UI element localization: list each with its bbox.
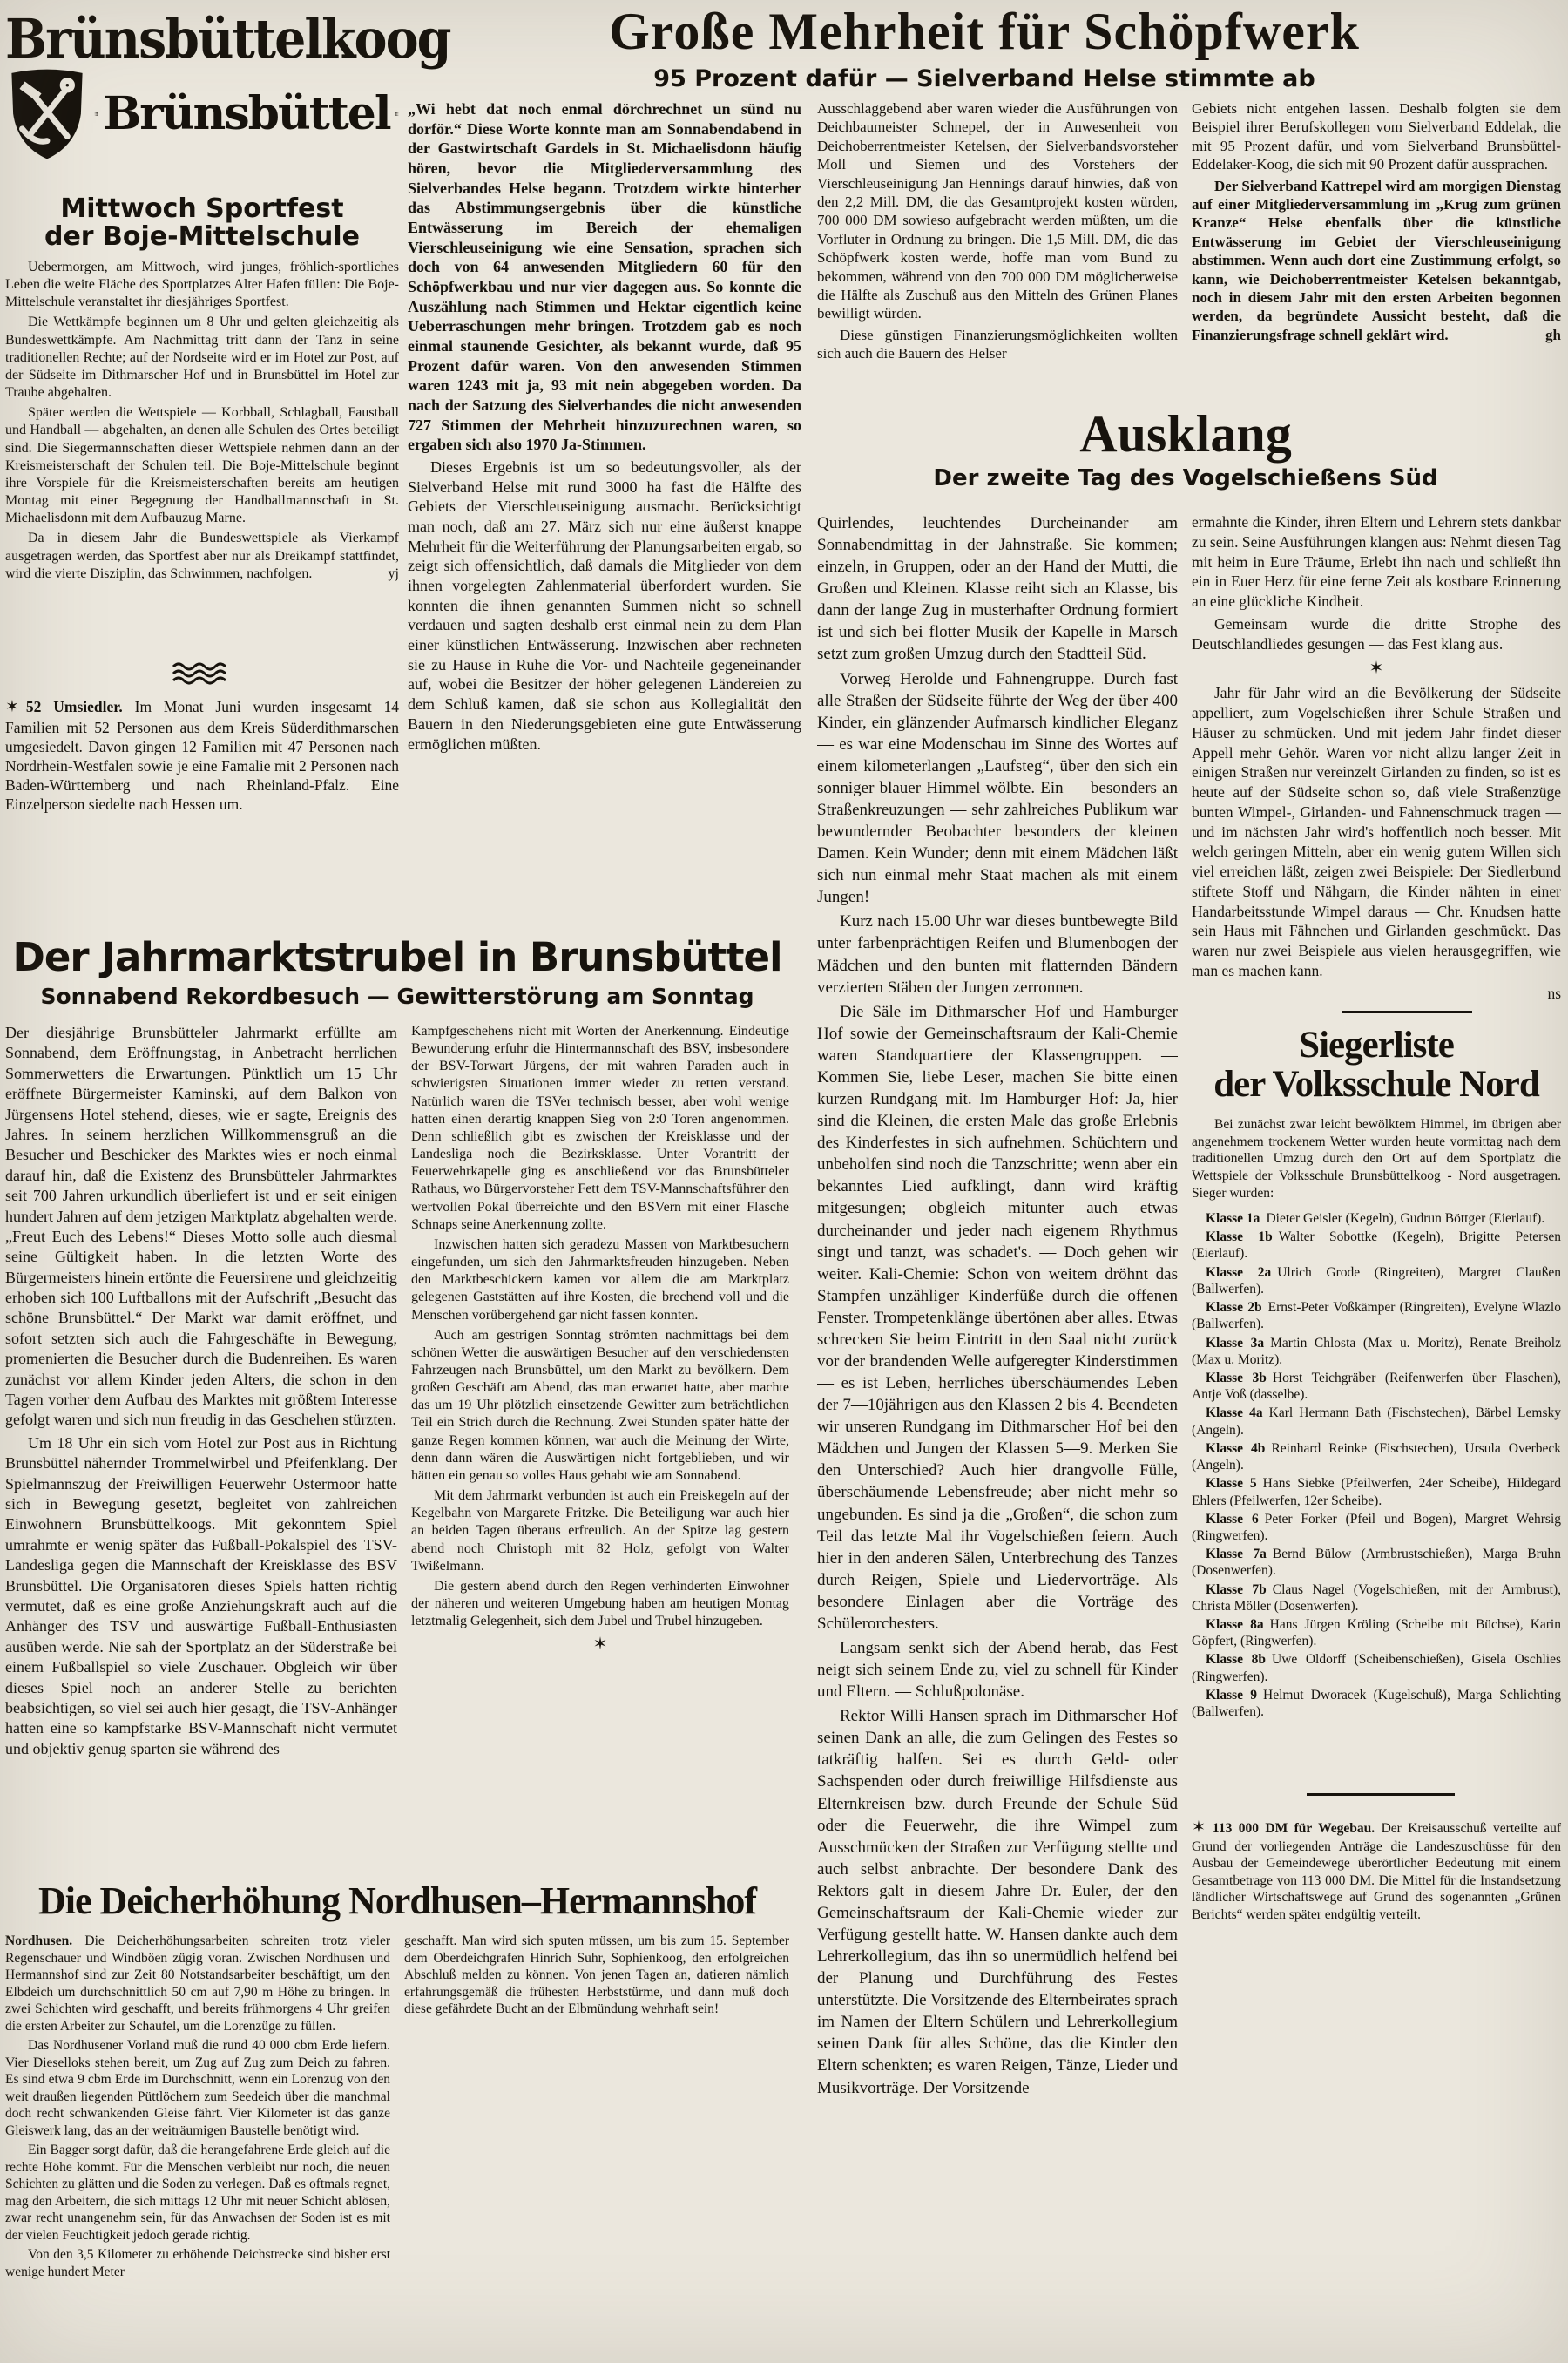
jahrmarkt-paragraph: Auch am gestrigen Sonntag strömten nachm… bbox=[411, 1327, 789, 1485]
masthead: Brünsbüttelkoog Brünsbüttel bbox=[5, 12, 399, 161]
entry-class: Klasse 2a bbox=[1206, 1265, 1271, 1280]
siegerliste-entry: Klasse 4aKarl Hermann Bath (Fischstechen… bbox=[1192, 1405, 1561, 1438]
siegerliste-entry: Klasse 1aDieter Geisler (Kegeln), Gudrun… bbox=[1192, 1210, 1561, 1227]
deicherhoehung-paragraph: Nordhusen. Die Deicherhöhungsarbeiten sc… bbox=[5, 1933, 390, 2035]
dateline: Nordhusen. bbox=[5, 1933, 72, 1948]
masthead-title-line1: Brünsbüttelkoog bbox=[5, 12, 399, 66]
section-rule bbox=[1307, 1793, 1455, 1796]
wegebau-lead: 113 000 DM für Wegebau. bbox=[1213, 1821, 1375, 1836]
schoepfwerk-headline: Große Mehrheit für Schöpfwerk bbox=[405, 5, 1564, 58]
siegerliste-headline-line1: Siegerliste bbox=[1192, 1026, 1561, 1066]
sportfest-paragraph: Die Wettkämpfe beginnen um 8 Uhr und gel… bbox=[5, 314, 399, 402]
entry-class: Klasse 8a bbox=[1206, 1617, 1264, 1632]
star-separator-icon: ✶ bbox=[1192, 657, 1561, 680]
siegerliste-entry: Klasse 9Helmut Dworacek (Kugelschuß), Ma… bbox=[1192, 1687, 1561, 1720]
wave-divider-icon bbox=[172, 662, 233, 685]
siegerliste-entry: Klasse 8aHans Jürgen Kröling (Scheibe mi… bbox=[1192, 1616, 1561, 1649]
ausklang-column-1: Quirlendes, leuchtendes Durcheinander am… bbox=[817, 512, 1178, 2363]
jahrmarkt-paragraph: Kampfgeschehens nicht mit Worten der Ane… bbox=[411, 1023, 789, 1234]
schoepfwerk-paragraph: Gebiets nicht entgehen lassen. Deshalb f… bbox=[1192, 99, 1561, 174]
author-signature: gh bbox=[1533, 326, 1561, 344]
schoepfwerk-column-2: Ausschlaggebend aber waren wieder die Au… bbox=[817, 99, 1178, 423]
sportfest-paragraph: Später werden die Wettspiele — Korbball,… bbox=[5, 404, 399, 527]
anchor-hammer-crest-icon bbox=[5, 67, 89, 161]
newspaper-page: Brünsbüttelkoog Brünsbüttel bbox=[0, 0, 1568, 2363]
entry-class: Klasse 2b bbox=[1206, 1300, 1262, 1315]
entry-class: Klasse 9 bbox=[1206, 1688, 1257, 1703]
siegerliste-headline: Siegerliste der Volksschule Nord bbox=[1192, 1026, 1561, 1104]
schoepfwerk-bold-text: Der Sielverband Kattrepel wird am morgig… bbox=[1192, 178, 1561, 343]
deicherhoehung-paragraph: geschafft. Man wird sich sputen müssen, … bbox=[404, 1933, 789, 2018]
entry-class: Klasse 4b bbox=[1206, 1441, 1265, 1456]
siegerliste-entry: Klasse 5Hans Siebke (Pfeilwerfen, 24er S… bbox=[1192, 1475, 1561, 1508]
ausklang-paragraph: Jahr für Jahr wird an die Bevölkerung de… bbox=[1192, 683, 1561, 980]
author-signature: ns bbox=[1535, 984, 1561, 1004]
deicherhoehung-paragraph: Von den 3,5 Kilometer zu erhöhende Deich… bbox=[5, 2246, 390, 2280]
article-siegerliste: Siegerliste der Volksschule Nord Bei zun… bbox=[1192, 1026, 1561, 1722]
siegerliste-entry: Klasse 8bUwe Oldorff (Scheibenschießen),… bbox=[1192, 1651, 1561, 1684]
ausklang-paragraph: Quirlendes, leuchtendes Durcheinander am… bbox=[817, 512, 1178, 666]
entry-class: Klasse 6 bbox=[1206, 1512, 1259, 1527]
jahrmarkt-paragraph: Um 18 Uhr ein sich vom Hotel zur Post au… bbox=[5, 1433, 397, 1759]
entry-class: Klasse 3a bbox=[1206, 1336, 1264, 1351]
siegerliste-entry: Klasse 3bHorst Teichgräber (Reifenwerfen… bbox=[1192, 1370, 1561, 1403]
deicherhoehung-paragraph: Ein Bagger sorgt dafür, daß die herangef… bbox=[5, 2142, 390, 2244]
sportfest-headline-line2: der Boje-Mittelschule bbox=[5, 223, 399, 251]
wegebau-text: Der Kreisausschuß verteilte auf Grund de… bbox=[1192, 1821, 1561, 1922]
schoepfwerk-paragraph: Dieses Ergebnis ist um so bedeutungsvoll… bbox=[408, 457, 801, 754]
ausklang-headline: Ausklang bbox=[810, 408, 1561, 460]
jahrmarkt-paragraph: Der diesjährige Brunsbütteler Jahrmarkt … bbox=[5, 1023, 397, 1431]
entry-class: Klasse 1b bbox=[1206, 1229, 1273, 1244]
article-jahrmarkt: Der Jahrmarktstrubel in Brunsbüttel Sonn… bbox=[5, 938, 789, 1877]
siegerliste-entry: Klasse 7bClaus Nagel (Vogelschießen, mit… bbox=[1192, 1581, 1561, 1615]
brief-wegebau: ✶113 000 DM für Wegebau. Der Kreisaussch… bbox=[1192, 1818, 1561, 1926]
jahrmarkt-subhead: Sonnabend Rekordbesuch — Gewitterstörung… bbox=[5, 984, 789, 1009]
jahrmarkt-column-2: Kampfgeschehens nicht mit Worten der Ane… bbox=[411, 1023, 789, 1877]
ausklang-paragraph: Rektor Willi Hansen sprach im Dithmarsch… bbox=[817, 1705, 1178, 2098]
entry-class: Klasse 1a bbox=[1206, 1211, 1260, 1226]
ausklang-paragraph: Kurz nach 15.00 Uhr war dieses buntbeweg… bbox=[817, 911, 1178, 998]
siegerliste-headline-line2: der Volksschule Nord bbox=[1192, 1066, 1561, 1105]
brief-umsiedler: ✶52 Umsiedler. Im Monat Juni wurden insg… bbox=[5, 697, 399, 816]
schoepfwerk-bold-paragraph: Der Sielverband Kattrepel wird am morgig… bbox=[1192, 177, 1561, 345]
schoepfwerk-paragraph: Ausschlaggebend aber waren wieder die Au… bbox=[817, 99, 1178, 323]
siegerliste-entry: Klasse 2bErnst-Peter Voßkämper (Ringreit… bbox=[1192, 1299, 1561, 1332]
author-signature: yj bbox=[376, 565, 399, 583]
entry-class: Klasse 3b bbox=[1206, 1371, 1267, 1385]
sportfest-paragraph-text: Da in diesem Jahr die Bundeswettspiele a… bbox=[5, 531, 399, 580]
ausklang-column-2: ermahnte die Kinder, ihren Eltern und Le… bbox=[1192, 512, 1561, 1005]
star-end-icon: ✶ bbox=[411, 1634, 789, 1655]
siegerliste-entry: Klasse 6Peter Forker (Pfeil und Bogen), … bbox=[1192, 1511, 1561, 1544]
siegerliste-entry: Klasse 7aBernd Bülow (Armbrustschießen),… bbox=[1192, 1546, 1561, 1579]
schoepfwerk-column-1: „Wi hebt dat noch enmal dörchrechnet un … bbox=[408, 99, 801, 943]
ausklang-subhead: Der zweite Tag des Vogelschießens Süd bbox=[810, 465, 1561, 491]
siegerliste-entry: Klasse 4bReinhard Reinke (Fischstechen),… bbox=[1192, 1440, 1561, 1473]
siegerliste-intro: Bei zunächst zwar leicht bewölktem Himme… bbox=[1192, 1116, 1561, 1202]
ausklang-paragraph: Die Säle im Dithmarscher Hof und Hamburg… bbox=[817, 1001, 1178, 1635]
wave-divider bbox=[5, 662, 399, 689]
sportfest-headline-line1: Mittwoch Sportfest bbox=[5, 195, 399, 223]
sportfest-headline: Mittwoch Sportfest der Boje-Mittelschule bbox=[5, 195, 399, 250]
star-icon: ✶ bbox=[5, 698, 26, 716]
schoepfwerk-column-3: Gebiets nicht entgehen lassen. Deshalb f… bbox=[1192, 99, 1561, 406]
wegebau-paragraph: ✶113 000 DM für Wegebau. Der Kreisaussch… bbox=[1192, 1818, 1561, 1924]
schoepfwerk-paragraph: Diese günstigen Finanzierungsmöglichkeit… bbox=[817, 326, 1178, 363]
jahrmarkt-paragraph: Mit dem Jahrmarkt verbunden ist auch ein… bbox=[411, 1487, 789, 1575]
jahrmarkt-paragraph: Inzwischen hatten sich geradezu Massen v… bbox=[411, 1236, 789, 1324]
ausklang-paragraph: Langsam senkt sich der Abend herab, das … bbox=[817, 1637, 1178, 1703]
wing-right-icon bbox=[395, 97, 399, 132]
umsiedler-paragraph: ✶52 Umsiedler. Im Monat Juni wurden insg… bbox=[5, 697, 399, 814]
article-ausklang-header: Ausklang Der zweite Tag des Vogelschieße… bbox=[810, 408, 1561, 491]
siegerliste-entry: Klasse 2aUlrich Grode (Ringreiten), Marg… bbox=[1192, 1264, 1561, 1297]
entry-class: Klasse 5 bbox=[1206, 1476, 1257, 1491]
sportfest-paragraph: Da in diesem Jahr die Bundeswettspiele a… bbox=[5, 530, 399, 582]
article-sportfest: Mittwoch Sportfest der Boje-Mittelschule… bbox=[5, 195, 399, 586]
schoepfwerk-lead-paragraph: „Wi hebt dat noch enmal dörchrechnet un … bbox=[408, 99, 801, 455]
masthead-title-line2: Brünsbüttel bbox=[103, 91, 389, 137]
jahrmarkt-column-1: Der diesjährige Brunsbütteler Jahrmarkt … bbox=[5, 1023, 397, 1877]
ausklang-paragraph: Vorweg Herolde und Fahnengruppe. Durch f… bbox=[817, 668, 1178, 909]
entry-class: Klasse 7b bbox=[1206, 1582, 1267, 1597]
jahrmarkt-paragraph: Die gestern abend durch den Regen verhin… bbox=[411, 1578, 789, 1630]
entry-class: Klasse 7a bbox=[1206, 1547, 1267, 1561]
star-icon: ✶ bbox=[1192, 1818, 1213, 1837]
section-rule bbox=[1342, 1011, 1472, 1013]
umsiedler-lead: 52 Umsiedler. bbox=[26, 698, 123, 715]
sportfest-paragraph: Uebermorgen, am Mittwoch, wird junges, f… bbox=[5, 259, 399, 311]
entry-class: Klasse 4a bbox=[1206, 1405, 1263, 1420]
article-schoepfwerk-header: Große Mehrheit für Schöpfwerk 95 Prozent… bbox=[405, 5, 1564, 92]
jahrmarkt-headline: Der Jahrmarktstrubel in Brunsbüttel bbox=[5, 938, 789, 977]
ausklang-paragraph: Gemeinsam wurde die dritte Strophe des D… bbox=[1192, 614, 1561, 654]
siegerliste-entry: Klasse 3aMartin Chlosta (Max u. Moritz),… bbox=[1192, 1335, 1561, 1368]
wing-left-icon bbox=[94, 97, 98, 132]
ausklang-paragraph: ermahnte die Kinder, ihren Eltern und Le… bbox=[1192, 512, 1561, 612]
deicherhoehung-lead-text: Die Deicherhöhungsarbeiten schreiten tro… bbox=[5, 1933, 390, 2034]
siegerliste-entry: Klasse 1bWalter Sobottke (Kegeln), Brigi… bbox=[1192, 1229, 1561, 1262]
entry-winners: Dieter Geisler (Kegeln), Gudrun Böttger … bbox=[1266, 1211, 1544, 1226]
deicherhoehung-column-1: Nordhusen. Die Deicherhöhungsarbeiten sc… bbox=[5, 1933, 390, 2363]
schoepfwerk-subhead: 95 Prozent dafür — Sielverband Helse sti… bbox=[405, 65, 1564, 92]
entry-class: Klasse 8b bbox=[1206, 1652, 1266, 1667]
article-deicherhoehung: Die Deicherhöhung Nordhusen–Hermannshof … bbox=[5, 1882, 789, 2363]
deicherhoehung-column-2: geschafft. Man wird sich sputen müssen, … bbox=[404, 1933, 789, 2363]
deicherhoehung-headline: Die Deicherhöhung Nordhusen–Hermannshof bbox=[5, 1882, 789, 1920]
deicherhoehung-paragraph: Das Nordhusener Vorland muß die rund 40 … bbox=[5, 2037, 390, 2139]
